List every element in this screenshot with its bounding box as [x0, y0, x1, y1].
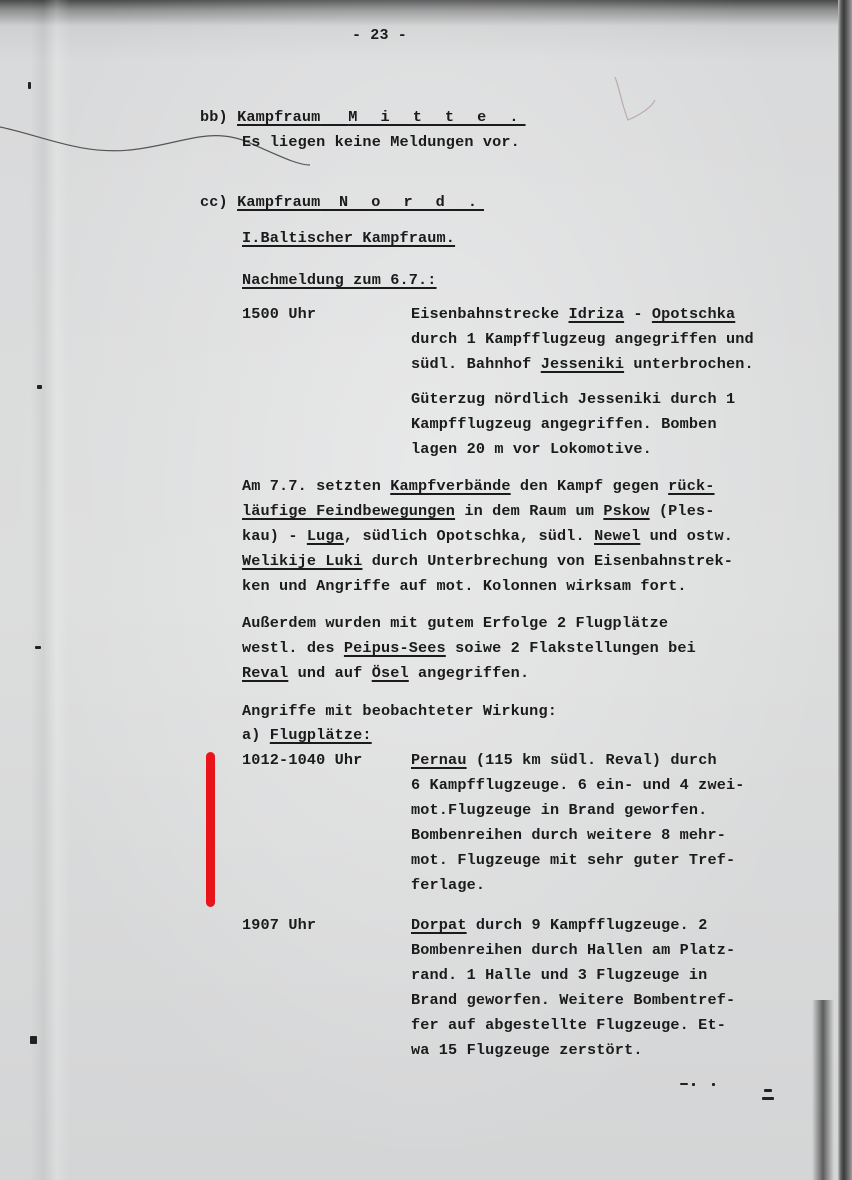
page-curl-shadow	[812, 1000, 834, 1180]
entry-text-line: Pernau (115 km südl. Reval) durch	[411, 751, 717, 769]
flugplaetze-heading: a) Flugplätze:	[242, 726, 372, 744]
section-bb-heading: bb) Kampfraum M i t t e .	[200, 108, 526, 126]
heading-kampfraum: Kampfraum M i t t e .	[237, 108, 525, 126]
ink-speck	[35, 646, 41, 649]
red-annotation-bar	[206, 752, 215, 907]
entry-text-line: mot.Flugzeuge in Brand geworfen.	[411, 801, 707, 819]
ink-speck	[712, 1083, 715, 1086]
paragraph-line: Am 7.7. setzten Kampfverbände den Kampf …	[242, 477, 715, 495]
paragraph-line: Außerdem wurden mit gutem Erfolge 2 Flug…	[242, 614, 668, 632]
subheading-baltic: I.Baltischer Kampfraum.	[242, 229, 455, 247]
paragraph-line: läufige Feindbewegungen in dem Raum um P…	[242, 502, 715, 520]
ink-speck	[680, 1083, 688, 1085]
paragraph-line: kau) - Luga, südlich Opotschka, südl. Ne…	[242, 527, 733, 545]
entry-text-line: ferlage.	[411, 876, 485, 894]
entry-text-line: lagen 20 m vor Lokomotive.	[411, 440, 652, 458]
paragraph-line: Welikije Luki durch Unterbrechung von Ei…	[242, 552, 733, 570]
entry-time: 1012-1040 Uhr	[242, 751, 362, 769]
entry-text-line: fer auf abgestellte Flugzeuge. Et-	[411, 1016, 726, 1034]
pencil-mark	[610, 75, 700, 135]
entry-text-line: Kampfflugzeug angegriffen. Bomben	[411, 415, 717, 433]
continuation-mark	[762, 1097, 774, 1100]
entry-text-line: Bombenreihen durch weitere 8 mehr-	[411, 826, 726, 844]
heading-kampfraum-nord: Kampfraum N o r d .	[237, 193, 484, 211]
paragraph-line: Reval und auf Ösel angegriffen.	[242, 664, 529, 682]
ink-speck	[30, 1036, 37, 1044]
section-cc-heading: cc) Kampfraum N o r d .	[200, 193, 484, 211]
document-page: - 23 - bb) Kampfraum M i t t e . Es lieg…	[0, 0, 852, 1180]
nachmeldung-heading: Nachmeldung zum 6.7.:	[242, 271, 437, 289]
entry-text-line: rand. 1 Halle und 3 Flugzeuge in	[411, 966, 707, 984]
page-edge-shadow	[838, 0, 852, 1180]
paragraph-line: westl. des Peipus-Sees soiwe 2 Flakstell…	[242, 639, 696, 657]
entry-text-line: südl. Bahnhof Jesseniki unterbrochen.	[411, 355, 754, 373]
ink-speck	[28, 82, 31, 89]
ink-speck	[692, 1083, 695, 1086]
entry-text-line: Eisenbahnstrecke Idriza - Opotschka	[411, 305, 735, 323]
entry-text-line: wa 15 Flugzeuge zerstört.	[411, 1041, 643, 1059]
section-bb-text: Es liegen keine Meldungen vor.	[242, 133, 520, 151]
entry-text-line: durch 1 Kampfflugzeug angegriffen und	[411, 330, 754, 348]
page-number: - 23 -	[352, 27, 407, 45]
paragraph-line: ken und Angriffe auf mot. Kolonnen wirks…	[242, 577, 687, 595]
entry-time: 1500 Uhr	[242, 305, 316, 323]
entry-time: 1907 Uhr	[242, 916, 316, 934]
section-label: cc)	[200, 193, 228, 211]
entry-text-line: Güterzug nördlich Jesseniki durch 1	[411, 390, 735, 408]
entry-text-line: Bombenreihen durch Hallen am Platz-	[411, 941, 735, 959]
entry-text-line: Brand geworfen. Weitere Bombentref-	[411, 991, 735, 1009]
ink-speck	[37, 385, 42, 389]
section-label: bb)	[200, 108, 228, 126]
entry-text-line: mot. Flugzeuge mit sehr guter Tref-	[411, 851, 735, 869]
continuation-mark	[764, 1089, 772, 1092]
entry-text-line: 6 Kampfflugzeuge. 6 ein- und 4 zwei-	[411, 776, 745, 794]
entry-text-line: Dorpat durch 9 Kampfflugzeuge. 2	[411, 916, 707, 934]
angriffe-heading: Angriffe mit beobachteter Wirkung:	[242, 702, 557, 720]
